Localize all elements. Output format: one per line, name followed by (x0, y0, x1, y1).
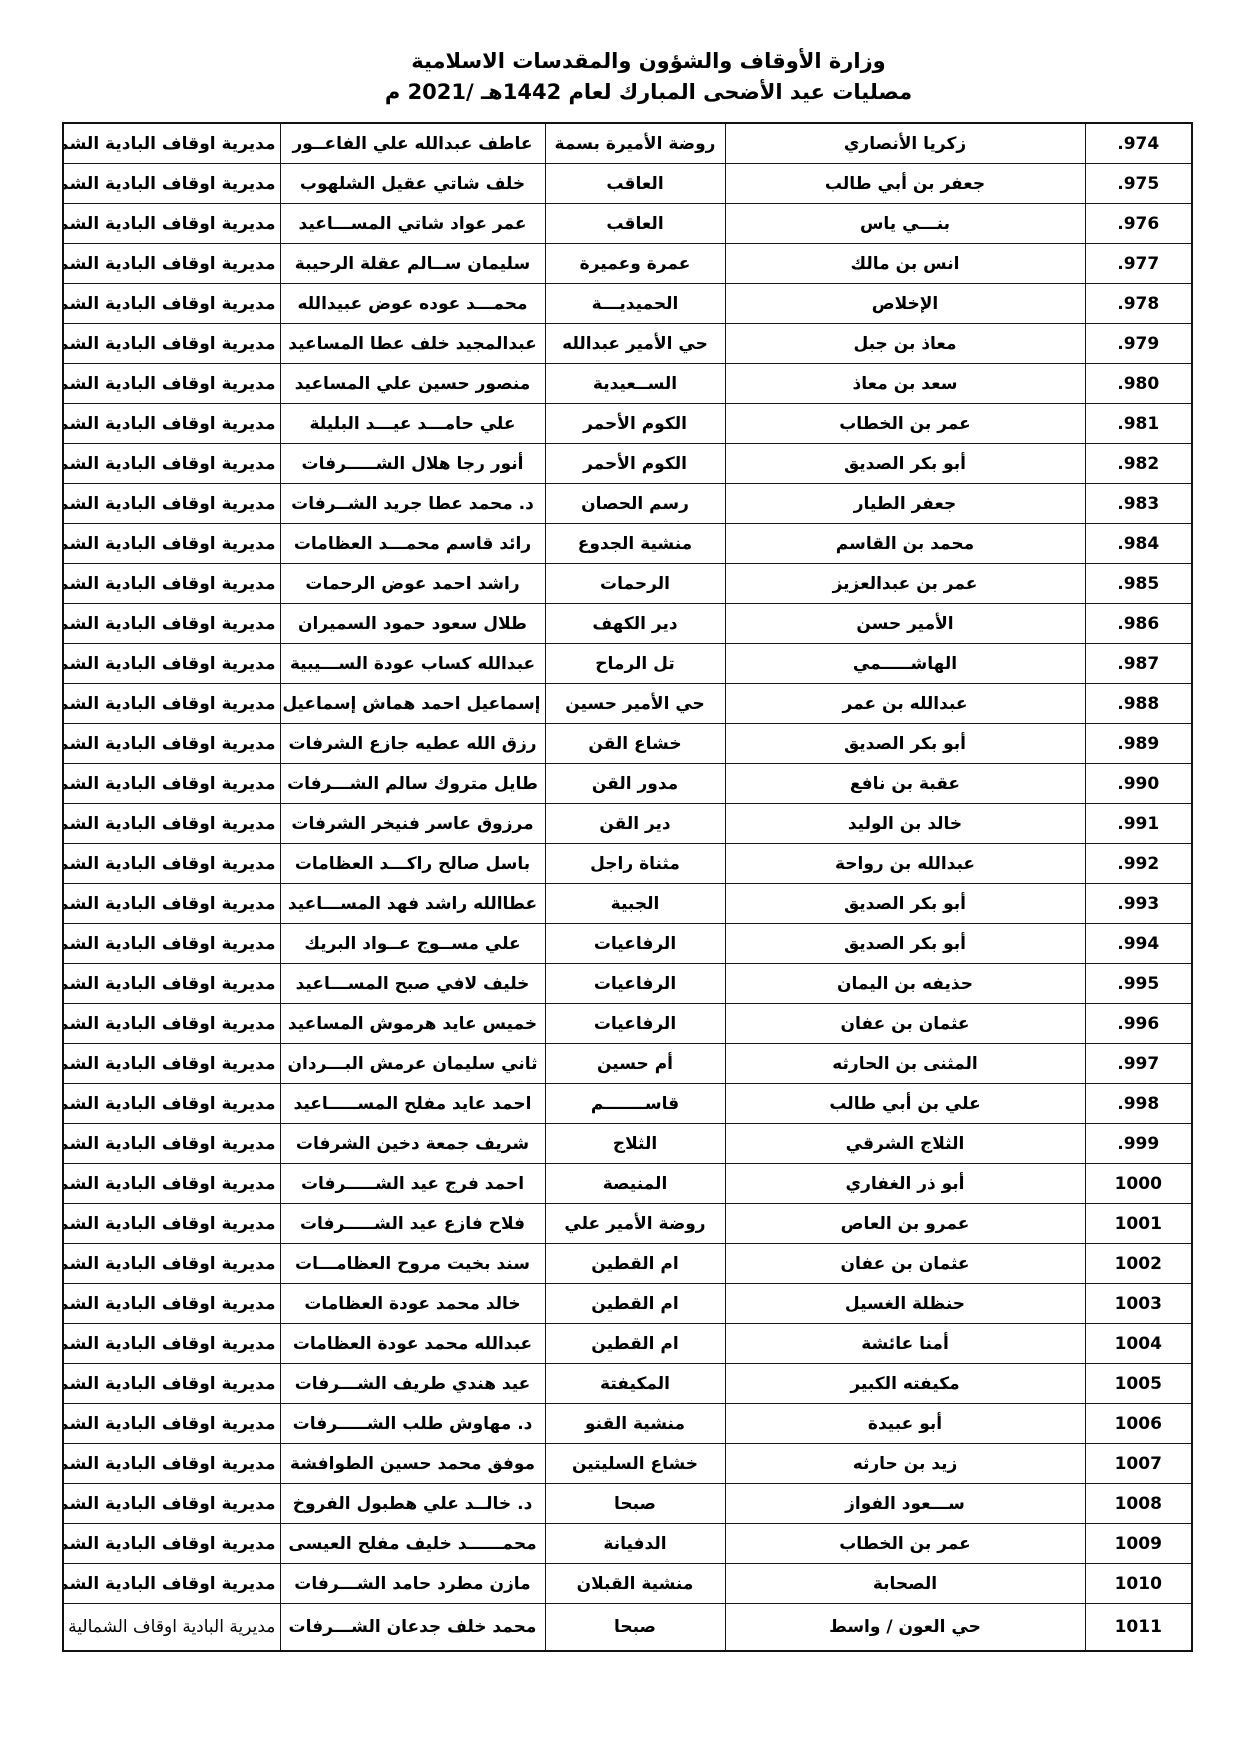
mosque-name-cell: أبو بكر الصديق (725, 924, 1085, 964)
imam-name-cell: أنور رجا هلال الشـــــرفات (280, 444, 545, 484)
directorate-cell: مديرية اوقاف البادية الشمالية (63, 204, 280, 244)
location-cell: قاســـــــم (545, 1084, 725, 1124)
imam-name-cell: د. محمد عطا جريد الشــرفات (280, 484, 545, 524)
imam-name-cell: محمد خلف جدعان الشـــرفات (280, 1604, 545, 1652)
mosque-name-cell: أبو ذر الغفاري (725, 1164, 1085, 1204)
imam-name-cell: علي حامـــد عيـــد البليلة (280, 404, 545, 444)
table-row: 1010الصحابةمنشية القبلانمازن مطرد حامد ا… (63, 1564, 1192, 1604)
imam-name-cell: مرزوق عاسر فنيخر الشرفات (280, 804, 545, 844)
location-cell: الرفاعيات (545, 1004, 725, 1044)
table-row: 1004أمنا عائشةام القطينعبدالله محمد عودة… (63, 1324, 1192, 1364)
row-number-cell: .985 (1085, 564, 1192, 604)
location-cell: عمرة وعميرة (545, 244, 725, 284)
prayer-locations-table: .974زكريا الأنصاريروضة الأميرة بسمةعاطف … (62, 122, 1193, 1652)
directorate-cell: مديرية اوقاف البادية الشمالية (63, 1284, 280, 1324)
row-number-cell: .996 (1085, 1004, 1192, 1044)
table-row: .983جعفر الطياررسم الحصاند. محمد عطا جري… (63, 484, 1192, 524)
row-number-cell: .980 (1085, 364, 1192, 404)
imam-name-cell: رائد قاسم محمـــد العظامات (280, 524, 545, 564)
table-row: .985عمر بن عبدالعزيزالرحماتراشد احمد عوض… (63, 564, 1192, 604)
imam-name-cell: عبدالله محمد عودة العظامات (280, 1324, 545, 1364)
location-cell: روضة الأمير علي (545, 1204, 725, 1244)
directorate-cell: مديرية اوقاف البادية الشمالية (63, 364, 280, 404)
table-row: .992عبدالله بن رواحةمثناة راجلباسل صالح … (63, 844, 1192, 884)
table-row: .988عبدالله بن عمرحي الأمير حسينإسماعيل … (63, 684, 1192, 724)
directorate-cell: مديرية اوقاف البادية الشمالية (63, 644, 280, 684)
directorate-cell: مديرية اوقاف البادية الشمالية (63, 1404, 280, 1444)
table-row: .995حذيفه بن اليمانالرفاعياتخليف لافي صب… (63, 964, 1192, 1004)
row-number-cell: .978 (1085, 284, 1192, 324)
imam-name-cell: مازن مطرد حامد الشـــرفات (280, 1564, 545, 1604)
table-row: .989أبو بكر الصديقخشاع القنرزق الله عطيه… (63, 724, 1192, 764)
row-number-cell: .988 (1085, 684, 1192, 724)
table-row: .991خالد بن الوليددير القنمرزوق عاسر فني… (63, 804, 1192, 844)
table-row: 1006أبو عبيدةمنشية القنود. مهاوش طلب الش… (63, 1404, 1192, 1444)
row-number-cell: .981 (1085, 404, 1192, 444)
row-number-cell: 1006 (1085, 1404, 1192, 1444)
table-row: .981عمر بن الخطابالكوم الأحمرعلي حامـــد… (63, 404, 1192, 444)
imam-name-cell: علي مســوج عــواد البريك (280, 924, 545, 964)
mosque-name-cell: عمر بن الخطاب (725, 404, 1085, 444)
table-row: 1009عمر بن الخطابالدفيانةمحمــــــد خليف… (63, 1524, 1192, 1564)
row-number-cell: 1003 (1085, 1284, 1192, 1324)
imam-name-cell: باسل صالح راكـــد العظامات (280, 844, 545, 884)
row-number-cell: .979 (1085, 324, 1192, 364)
mosque-name-cell: عثمان بن عفان (725, 1004, 1085, 1044)
row-number-cell: 1009 (1085, 1524, 1192, 1564)
imam-name-cell: محمــــــد خليف مفلح العيسى (280, 1524, 545, 1564)
mosque-name-cell: زكريا الأنصاري (725, 123, 1085, 164)
directorate-cell: مديرية اوقاف البادية الشمالية (63, 284, 280, 324)
location-cell: الكوم الأحمر (545, 444, 725, 484)
directorate-cell: مديرية اوقاف البادية الشمالية (63, 684, 280, 724)
location-cell: رسم الحصان (545, 484, 725, 524)
table-body: .974زكريا الأنصاريروضة الأميرة بسمةعاطف … (63, 123, 1192, 1651)
imam-name-cell: خلف شاتي عقيل الشلهوب (280, 164, 545, 204)
row-number-cell: .974 (1085, 123, 1192, 164)
imam-name-cell: خليف لافي صبح المســـاعيد (280, 964, 545, 1004)
location-cell: الرفاعيات (545, 924, 725, 964)
imam-name-cell: عيد هندي طريف الشـــرفات (280, 1364, 545, 1404)
location-cell: الحميديـــة (545, 284, 725, 324)
table-row: .979معاذ بن جبلحي الأمير عبداللهعبدالمجي… (63, 324, 1192, 364)
directorate-cell: مديرية اوقاف البادية الشمالية (63, 964, 280, 1004)
location-cell: صبحا (545, 1484, 725, 1524)
document-subtitle: مصليات عيد الأضحى المبارك لعام 1442هـ /2… (56, 77, 1241, 108)
table-row: .993أبو بكر الصديقالجبيةعطاالله راشد فهد… (63, 884, 1192, 924)
table-row: .999الثلاج الشرقيالثلاجشريف جمعة دخين ال… (63, 1124, 1192, 1164)
table-row: .986الأمير حسندير الكهفطلال سعود حمود ال… (63, 604, 1192, 644)
row-number-cell: .998 (1085, 1084, 1192, 1124)
directorate-cell: مديرية اوقاف البادية الشمالية (63, 1044, 280, 1084)
table-row: 1000أبو ذر الغفاريالمنيصةاحمد فرج عيد ال… (63, 1164, 1192, 1204)
location-cell: منشية القنو (545, 1404, 725, 1444)
row-number-cell: 1010 (1085, 1564, 1192, 1604)
directorate-cell: مديرية اوقاف البادية الشمالية (63, 564, 280, 604)
table-row: .996عثمان بن عفانالرفاعياتخميس عايد هرمو… (63, 1004, 1192, 1044)
table-row: .974زكريا الأنصاريروضة الأميرة بسمةعاطف … (63, 123, 1192, 164)
imam-name-cell: احمد عايد مفلح المســـــاعيد (280, 1084, 545, 1124)
ministry-title: وزارة الأوقاف والشؤون والمقدسات الاسلامي… (56, 46, 1241, 77)
location-cell: العاقب (545, 164, 725, 204)
row-number-cell: .993 (1085, 884, 1192, 924)
table-row: 1008ســـعود الفوازصبحاد. خالــد علي هطبو… (63, 1484, 1192, 1524)
location-cell: الســعيدية (545, 364, 725, 404)
row-number-cell: 1002 (1085, 1244, 1192, 1284)
location-cell: الدفيانة (545, 1524, 725, 1564)
imam-name-cell: طلال سعود حمود السميران (280, 604, 545, 644)
row-number-cell: .987 (1085, 644, 1192, 684)
location-cell: الثلاج (545, 1124, 725, 1164)
row-number-cell: .983 (1085, 484, 1192, 524)
directorate-cell: مديرية اوقاف البادية الشمالية (63, 1244, 280, 1284)
mosque-name-cell: حذيفه بن اليمان (725, 964, 1085, 1004)
row-number-cell: 1004 (1085, 1324, 1192, 1364)
imam-name-cell: شريف جمعة دخين الشرفات (280, 1124, 545, 1164)
mosque-name-cell: عقبة بن نافع (725, 764, 1085, 804)
location-cell: ام القطين (545, 1324, 725, 1364)
directorate-cell: مديرية اوقاف البادية الشمالية (63, 604, 280, 644)
row-number-cell: 1008 (1085, 1484, 1192, 1524)
directorate-cell: مديرية اوقاف البادية الشمالية (63, 1564, 280, 1604)
mosque-name-cell: أبو عبيدة (725, 1404, 1085, 1444)
mosque-name-cell: المثنى بن الحارثه (725, 1044, 1085, 1084)
table-row: .990عقبة بن نافعمدور القنطايل متروك سالم… (63, 764, 1192, 804)
location-cell: حي الأمير عبدالله (545, 324, 725, 364)
imam-name-cell: عمر عواد شاتي المســـاعيد (280, 204, 545, 244)
location-cell: الجبية (545, 884, 725, 924)
mosque-name-cell: أبو بكر الصديق (725, 444, 1085, 484)
row-number-cell: 1001 (1085, 1204, 1192, 1244)
directorate-cell: مديرية اوقاف البادية الشمالية (63, 1364, 280, 1404)
mosque-name-cell: الثلاج الشرقي (725, 1124, 1085, 1164)
directorate-cell: مديرية اوقاف البادية الشمالية (63, 444, 280, 484)
row-number-cell: .990 (1085, 764, 1192, 804)
location-cell: العاقب (545, 204, 725, 244)
imam-name-cell: سليمان ســالم عقلة الرحيبة (280, 244, 545, 284)
mosque-name-cell: علي بن أبي طالب (725, 1084, 1085, 1124)
location-cell: المكيفتة (545, 1364, 725, 1404)
table-row: 1003حنظلة الغسيلام القطينخالد محمد عودة … (63, 1284, 1192, 1324)
mosque-name-cell: بنـــي ياس (725, 204, 1085, 244)
mosque-name-cell: الهاشـــــمي (725, 644, 1085, 684)
location-cell: ام القطين (545, 1284, 725, 1324)
directorate-cell: مديرية اوقاف البادية الشمالية (63, 123, 280, 164)
directorate-cell: مديرية اوقاف البادية الشمالية (63, 324, 280, 364)
row-number-cell: .989 (1085, 724, 1192, 764)
directorate-cell: مديرية البادية اوقاف الشمالية (63, 1604, 280, 1652)
mosque-name-cell: جعفر الطيار (725, 484, 1085, 524)
row-number-cell: .976 (1085, 204, 1192, 244)
directorate-cell: مديرية اوقاف البادية الشمالية (63, 724, 280, 764)
mosque-name-cell: حي العون / واسط (725, 1604, 1085, 1652)
directorate-cell: مديرية اوقاف البادية الشمالية (63, 484, 280, 524)
directorate-cell: مديرية اوقاف البادية الشمالية (63, 1484, 280, 1524)
table-row: .994أبو بكر الصديقالرفاعياتعلي مســوج عـ… (63, 924, 1192, 964)
row-number-cell: 1005 (1085, 1364, 1192, 1404)
imam-name-cell: فلاح فازع عيد الشـــــرفات (280, 1204, 545, 1244)
directorate-cell: مديرية اوقاف البادية الشمالية (63, 244, 280, 284)
table-row: 1011حي العون / واسطصبحامحمد خلف جدعان ال… (63, 1604, 1192, 1652)
imam-name-cell: طايل متروك سالم الشـــرفات (280, 764, 545, 804)
table-row: .978الإخلاصالحميديـــةمحمـــد عوده عوض ع… (63, 284, 1192, 324)
imam-name-cell: د. خالــد علي هطبول الفروخ (280, 1484, 545, 1524)
mosque-name-cell: عثمان بن عفان (725, 1244, 1085, 1284)
row-number-cell: .994 (1085, 924, 1192, 964)
location-cell: دير القن (545, 804, 725, 844)
row-number-cell: .986 (1085, 604, 1192, 644)
table-row: 1002عثمان بن عفانام القطينسند بخيت مروح … (63, 1244, 1192, 1284)
row-number-cell: 1000 (1085, 1164, 1192, 1204)
directorate-cell: مديرية اوقاف البادية الشمالية (63, 1444, 280, 1484)
imam-name-cell: رزق الله عطيه جازع الشرفات (280, 724, 545, 764)
mosque-name-cell: الإخلاص (725, 284, 1085, 324)
directorate-cell: مديرية اوقاف البادية الشمالية (63, 804, 280, 844)
directorate-cell: مديرية اوقاف البادية الشمالية (63, 1084, 280, 1124)
directorate-cell: مديرية اوقاف البادية الشمالية (63, 1524, 280, 1564)
mosque-name-cell: عمر بن عبدالعزيز (725, 564, 1085, 604)
directorate-cell: مديرية اوقاف البادية الشمالية (63, 1204, 280, 1244)
mosque-name-cell: مكيفته الكبير (725, 1364, 1085, 1404)
table-row: .975جعفر بن أبي طالبالعاقبخلف شاتي عقيل … (63, 164, 1192, 204)
mosque-name-cell: عبدالله بن عمر (725, 684, 1085, 724)
table-row: .980سعد بن معاذالســعيديةمنصور حسين علي … (63, 364, 1192, 404)
table-row: .976بنـــي ياسالعاقبعمر عواد شاتي المســ… (63, 204, 1192, 244)
document-header: وزارة الأوقاف والشؤون والمقدسات الاسلامي… (56, 46, 1241, 108)
mosque-name-cell: أمنا عائشة (725, 1324, 1085, 1364)
row-number-cell: .984 (1085, 524, 1192, 564)
location-cell: منشية الجدوع (545, 524, 725, 564)
location-cell: خشاع القن (545, 724, 725, 764)
imam-name-cell: عبدالمجيد خلف عطا المساعيد (280, 324, 545, 364)
mosque-name-cell: جعفر بن أبي طالب (725, 164, 1085, 204)
mosque-name-cell: خالد بن الوليد (725, 804, 1085, 844)
location-cell: خشاع السليتين (545, 1444, 725, 1484)
imam-name-cell: عبدالله كساب عودة الســـيبية (280, 644, 545, 684)
imam-name-cell: إسماعيل احمد هماش إسماعيل (280, 684, 545, 724)
location-cell: المنيصة (545, 1164, 725, 1204)
mosque-name-cell: انس بن مالك (725, 244, 1085, 284)
location-cell: ام القطين (545, 1244, 725, 1284)
location-cell: الرحمات (545, 564, 725, 604)
table-row: .977انس بن مالكعمرة وعميرةسليمان ســالم … (63, 244, 1192, 284)
row-number-cell: .977 (1085, 244, 1192, 284)
directorate-cell: مديرية اوقاف البادية الشمالية (63, 1324, 280, 1364)
imam-name-cell: سند بخيت مروح العظامـــات (280, 1244, 545, 1284)
row-number-cell: .995 (1085, 964, 1192, 1004)
row-number-cell: 1007 (1085, 1444, 1192, 1484)
location-cell: الرفاعيات (545, 964, 725, 1004)
imam-name-cell: خميس عايد هرموش المساعيد (280, 1004, 545, 1044)
directorate-cell: مديرية اوقاف البادية الشمالية (63, 524, 280, 564)
mosque-name-cell: عبدالله بن رواحة (725, 844, 1085, 884)
mosque-name-cell: زيد بن حارثه (725, 1444, 1085, 1484)
mosque-name-cell: عمرو بن العاص (725, 1204, 1085, 1244)
table-row: .998علي بن أبي طالبقاســـــــماحمد عايد … (63, 1084, 1192, 1124)
table-row: 1001عمرو بن العاصروضة الأمير عليفلاح فاز… (63, 1204, 1192, 1244)
imam-name-cell: محمـــد عوده عوض عبيدالله (280, 284, 545, 324)
directorate-cell: مديرية اوقاف البادية الشمالية (63, 1004, 280, 1044)
row-number-cell: .997 (1085, 1044, 1192, 1084)
location-cell: تل الرماح (545, 644, 725, 684)
mosque-name-cell: أبو بكر الصديق (725, 884, 1085, 924)
row-number-cell: .992 (1085, 844, 1192, 884)
location-cell: صبحا (545, 1604, 725, 1652)
imam-name-cell: د. مهاوش طلب الشـــــرفات (280, 1404, 545, 1444)
imam-name-cell: ثاني سليمان عرمش البـــردان (280, 1044, 545, 1084)
location-cell: دير الكهف (545, 604, 725, 644)
imam-name-cell: موفق محمد حسين الطوافشة (280, 1444, 545, 1484)
imam-name-cell: خالد محمد عودة العظامات (280, 1284, 545, 1324)
location-cell: الكوم الأحمر (545, 404, 725, 444)
row-number-cell: .982 (1085, 444, 1192, 484)
directorate-cell: مديرية اوقاف البادية الشمالية (63, 1124, 280, 1164)
directorate-cell: مديرية اوقاف البادية الشمالية (63, 1164, 280, 1204)
row-number-cell: .975 (1085, 164, 1192, 204)
table-row: .997المثنى بن الحارثهأم حسينثاني سليمان … (63, 1044, 1192, 1084)
table-row: 1007زيد بن حارثهخشاع السليتينموفق محمد ح… (63, 1444, 1192, 1484)
location-cell: أم حسين (545, 1044, 725, 1084)
table-row: .984محمد بن القاسممنشية الجدوعرائد قاسم … (63, 524, 1192, 564)
mosque-name-cell: الأمير حسن (725, 604, 1085, 644)
table-row: 1005مكيفته الكبيرالمكيفتةعيد هندي طريف ا… (63, 1364, 1192, 1404)
mosque-name-cell: معاذ بن جبل (725, 324, 1085, 364)
mosque-name-cell: ســـعود الفواز (725, 1484, 1085, 1524)
document-page: وزارة الأوقاف والشؤون والمقدسات الاسلامي… (0, 0, 1241, 1755)
table-row: .987الهاشـــــميتل الرماحعبدالله كساب عو… (63, 644, 1192, 684)
mosque-name-cell: حنظلة الغسيل (725, 1284, 1085, 1324)
directorate-cell: مديرية اوقاف البادية الشمالية (63, 164, 280, 204)
mosque-name-cell: أبو بكر الصديق (725, 724, 1085, 764)
mosque-name-cell: محمد بن القاسم (725, 524, 1085, 564)
location-cell: مدور القن (545, 764, 725, 804)
directorate-cell: مديرية اوقاف البادية الشمالية (63, 764, 280, 804)
imam-name-cell: راشد احمد عوض الرحمات (280, 564, 545, 604)
location-cell: روضة الأميرة بسمة (545, 123, 725, 164)
row-number-cell: 1011 (1085, 1604, 1192, 1652)
imam-name-cell: منصور حسين علي المساعيد (280, 364, 545, 404)
row-number-cell: .991 (1085, 804, 1192, 844)
mosque-name-cell: سعد بن معاذ (725, 364, 1085, 404)
directorate-cell: مديرية اوقاف البادية الشمالية (63, 884, 280, 924)
directorate-cell: مديرية اوقاف البادية الشمالية (63, 404, 280, 444)
location-cell: حي الأمير حسين (545, 684, 725, 724)
row-number-cell: .999 (1085, 1124, 1192, 1164)
directorate-cell: مديرية اوقاف البادية الشمالية (63, 844, 280, 884)
imam-name-cell: عطاالله راشد فهد المســـاعيد (280, 884, 545, 924)
imam-name-cell: احمد فرج عيد الشـــــرفات (280, 1164, 545, 1204)
location-cell: مثناة راجل (545, 844, 725, 884)
location-cell: منشية القبلان (545, 1564, 725, 1604)
imam-name-cell: عاطف عبدالله علي الفاعــور (280, 123, 545, 164)
directorate-cell: مديرية اوقاف البادية الشمالية (63, 924, 280, 964)
mosque-name-cell: عمر بن الخطاب (725, 1524, 1085, 1564)
table-row: .982أبو بكر الصديقالكوم الأحمرأنور رجا ه… (63, 444, 1192, 484)
mosque-name-cell: الصحابة (725, 1564, 1085, 1604)
